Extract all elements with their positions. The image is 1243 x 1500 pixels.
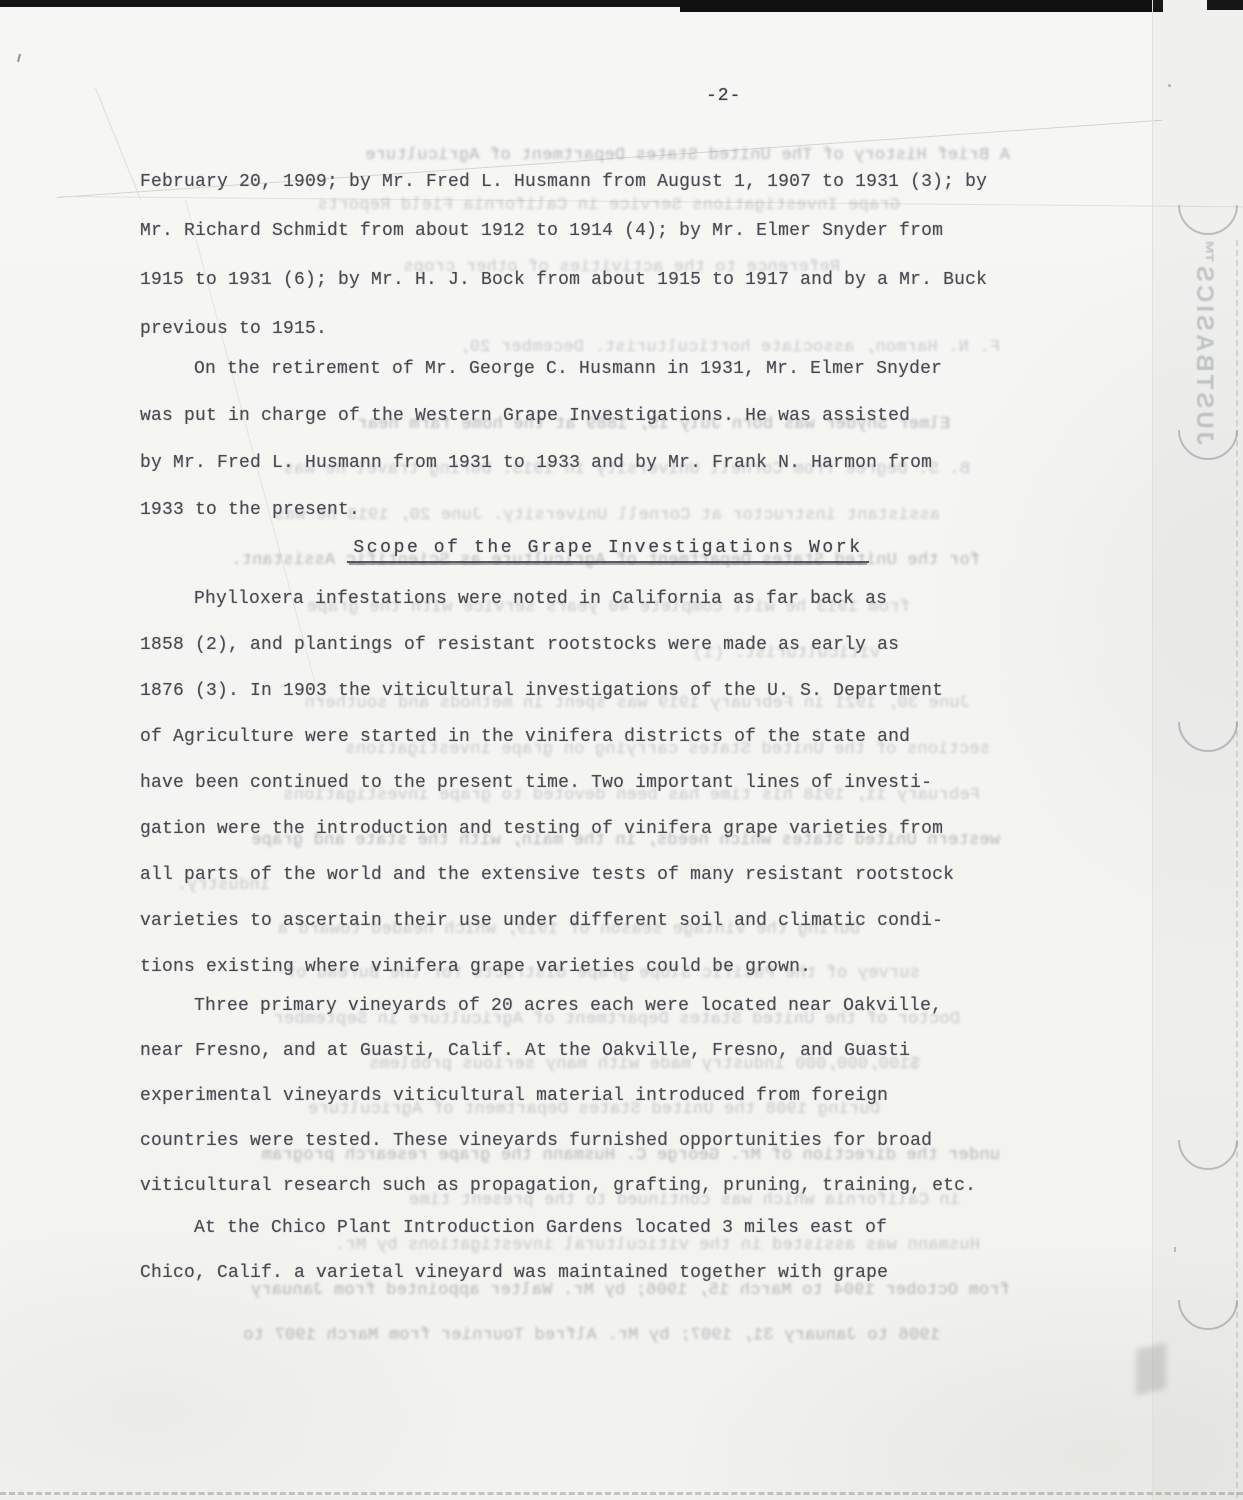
typed-line: was put in charge of the Western Grape I… [140,393,1040,440]
typed-line: 1858 (2), and plantings of resistant roo… [140,622,1040,668]
page-number: -2- [706,86,741,106]
paragraph-phylloxera: Phylloxera infestations were noted in Ca… [140,576,1040,990]
paper-speck [17,54,21,62]
typed-line: Three primary vineyards of 20 acres each… [140,984,1040,1029]
typed-line: by Mr. Fred L. Husmann from 1931 to 1933… [140,440,1040,487]
ink-smudge [1136,1343,1166,1395]
typed-line: Mr. Richard Schmidt from about 1912 to 1… [140,207,1040,256]
typed-line: varieties to ascertain their use under d… [140,898,1040,944]
perforation-dashes [0,1492,1243,1495]
scanned-document-page: JUSTBASICS™ A Brief History of The Unite… [0,0,1243,1500]
typed-line: experimental vineyards viticultural mate… [140,1074,1040,1119]
typed-line: viticultural research such as propagatio… [140,1164,1040,1209]
bleedthrough-line: 1906 to January 31, 1907; by Mr. Alfred … [140,1326,940,1350]
typed-line: all parts of the world and the extensive… [140,852,1040,898]
typed-line: Phylloxera infestations were noted in Ca… [140,576,1040,622]
paper-speck [1174,1247,1176,1252]
punch-hole-arc [1178,205,1238,235]
typed-line: February 20, 1909; by Mr. Fred L. Husman… [140,158,1040,207]
typed-line: On the retirement of Mr. George C. Husma… [140,346,1040,393]
typed-line: have been continued to the present time.… [140,760,1040,806]
paper-edge-line [1152,0,1153,1500]
paper-brand-watermark: JUSTBASICS™ [1186,245,1222,445]
paper-crease [95,88,141,200]
section-heading: Scope of the Grape Investigations Work [140,538,1076,563]
typed-line: 1933 to the present. [140,487,1040,534]
typed-line: Chico, Calif. a varietal vineyard was ma… [140,1251,1040,1296]
paragraph-retirement: On the retirement of Mr. George C. Husma… [140,346,1040,534]
paper-speck [1168,84,1171,87]
typed-line: countries were tested. These vineyards f… [140,1119,1040,1164]
typed-line: near Fresno, and at Guasti, Calif. At th… [140,1029,1040,1074]
punch-hole-arc [1178,1300,1238,1330]
typed-line: gation were the introduction and testing… [140,806,1040,852]
section-heading-text: Scope of the Grape Investigations Work [347,538,868,563]
paragraph-vineyards: Three primary vineyards of 20 acres each… [140,984,1040,1209]
typed-line: of Agriculture were started in the vinif… [140,714,1040,760]
paragraph-history-continuation: February 20, 1909; by Mr. Fred L. Husman… [140,158,1040,354]
punch-hole-arc [1178,722,1238,752]
paragraph-chico: At the Chico Plant Introduction Gardens … [140,1206,1040,1296]
punch-hole-arc [1178,1140,1238,1170]
scan-edge-bar [680,0,1163,12]
typed-line: 1915 to 1931 (6); by Mr. H. J. Bock from… [140,256,1040,305]
typed-line: At the Chico Plant Introduction Gardens … [140,1206,1040,1251]
typed-line: 1876 (3). In 1903 the viticultural inves… [140,668,1040,714]
